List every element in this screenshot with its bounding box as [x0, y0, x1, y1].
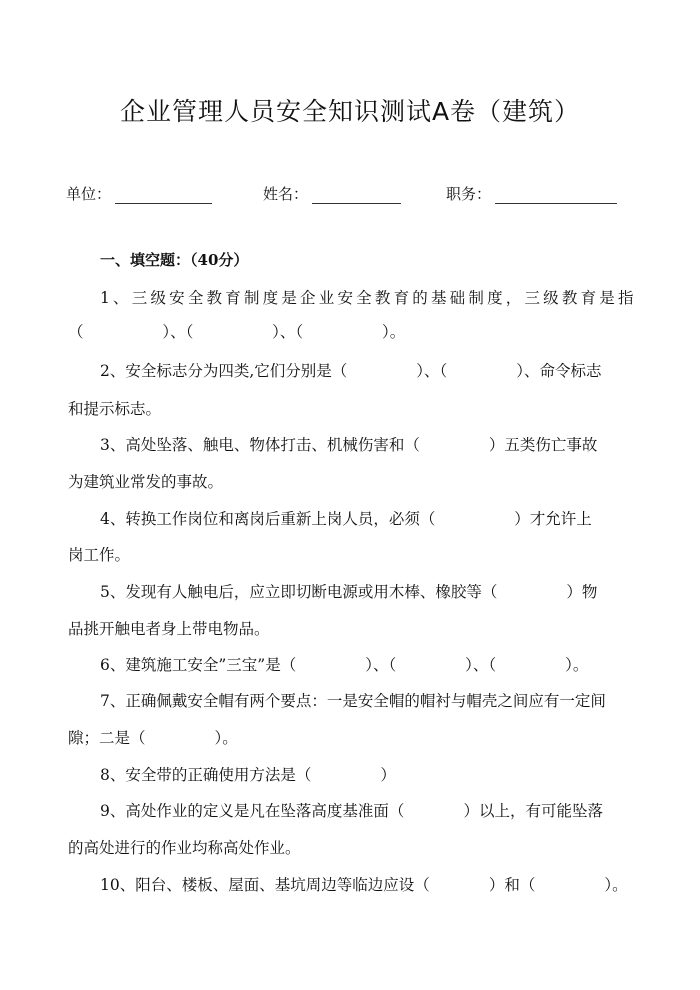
unit-blank[interactable]: [115, 187, 212, 204]
question-9-line-2: 的高处进行的作业均称高处作业。: [68, 836, 301, 858]
question-2-line-2: 和提示标志。: [68, 397, 161, 419]
question-4-line-1: 4、转换工作岗位和离岗后重新上岗人员，必须（ ）才允许上: [100, 507, 592, 529]
question-2-line-1: 2、安全标志分为四类,它们分别是（ ）、（ ）、命令标志: [100, 359, 602, 381]
name-blank[interactable]: [312, 187, 401, 204]
question-1-line-1: 1、三级安全教育制度是企业安全教育的基础制度，三级教育是指: [100, 286, 637, 308]
question-5-line-2: 品挑开触电者身上带电物品。: [68, 617, 270, 639]
unit-field[interactable]: 单位：: [66, 183, 212, 204]
unit-label: 单位：: [66, 183, 111, 204]
question-3-line-1: 3、高处坠落、触电、物体打击、机械伤害和（ ）五类伤亡事故: [100, 433, 597, 455]
question-9-line-1: 9、高处作业的定义是凡在坠落高度基准面（ ）以上，有可能坠落: [100, 799, 603, 821]
name-field[interactable]: 姓名：: [263, 183, 401, 204]
question-4-line-2: 岗工作。: [68, 543, 130, 565]
question-3-line-2: 为建筑业常发的事故。: [68, 470, 223, 492]
question-7-line-2: 隙；二是（ ）。: [68, 726, 238, 748]
question-10-line-1: 10、阳台、楼板、屋面、基坑周边等临边应设（ ）和（ ）。: [100, 873, 628, 895]
position-label: 职务：: [446, 183, 491, 204]
question-7-line-1: 7、正确佩戴安全帽有两个要点：一是安全帽的帽衬与帽壳之间应有一定间: [100, 689, 606, 711]
question-6-line-1: 6、建筑施工安全”三宝”是（ ）、（ ）、（ ）。: [100, 653, 588, 675]
question-8-line-1: 8、安全带的正确使用方法是（ ）: [100, 763, 396, 785]
name-label: 姓名：: [263, 183, 308, 204]
section-heading: 一、填空题：（40分）: [100, 249, 248, 270]
question-5-line-1: 5、发现有人触电后，应立即切断电源或用木棒、橡胶等（ ）物: [100, 580, 597, 602]
document-title: 企业管理人员安全知识测试A卷（建筑）: [0, 92, 700, 128]
question-1-line-2: （ ）、（ ）、（ ）。: [68, 320, 405, 342]
position-field[interactable]: 职务：: [446, 183, 617, 204]
position-blank[interactable]: [495, 187, 617, 204]
